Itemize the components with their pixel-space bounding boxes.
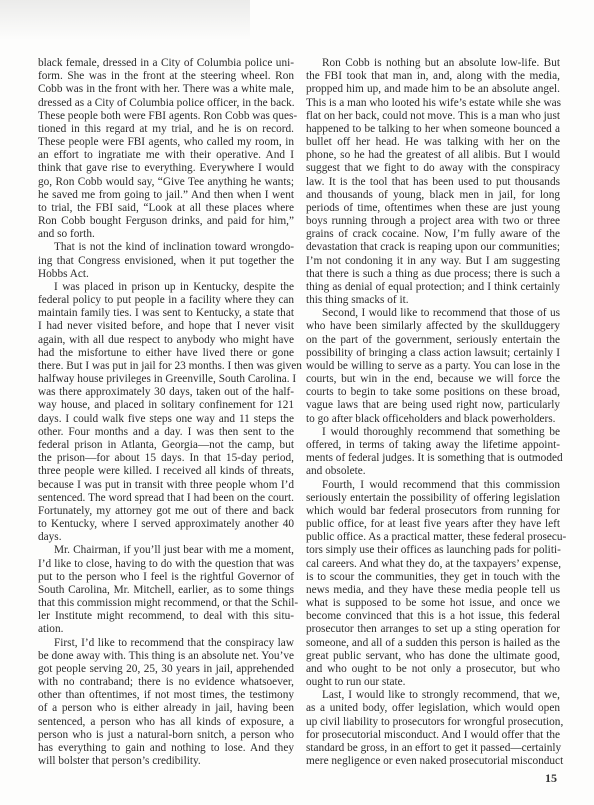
text-line: Hobbs Act. (38, 268, 294, 281)
text-line: grains of crack cocaine. Now, I’m fully … (306, 228, 560, 241)
text-line: on the part of the government, seriously… (306, 334, 560, 347)
text-line: go, Ron Cobb would say, “Give Tee anythi… (38, 176, 294, 189)
text-line: other. Four months and a day. I was then… (38, 426, 294, 439)
text-line: become convinced that this is a hot issu… (306, 610, 560, 623)
text-line: I had never visited before, and hope tha… (38, 320, 294, 333)
text-line: will bolster that person’s credibility. (38, 755, 294, 768)
text-line: periods of time, oftentimes when these a… (306, 202, 560, 215)
text-line: and who ought to be not only a prosecuto… (306, 663, 560, 676)
text-line: law. It is the tool that has been used t… (306, 176, 560, 189)
text-line: which would bar federal prosecutors from… (306, 505, 560, 518)
text-line: an effort to ingratiate me with their op… (38, 149, 294, 162)
text-line: vague laws that are being used right now… (306, 399, 560, 412)
text-line: days. I could walk five steps one way an… (38, 413, 294, 426)
text-line: as a united body, offer legislation, whi… (306, 702, 560, 715)
text-line: to Kentucky, where I served approximatel… (38, 518, 294, 531)
text-line: I’d like to close, having to do with the… (38, 558, 294, 571)
text-line: I would thoroughly recommend that someth… (306, 426, 560, 439)
text-line: to go after black officeholders and blac… (306, 413, 560, 426)
text-line: ing that Congress envisioned, when it pu… (38, 255, 294, 268)
text-line: other than oftentimes, if not most times… (38, 689, 294, 702)
text-line: with no contraband; there is no evidence… (38, 676, 294, 689)
text-line: These people were FBI agents, who called… (38, 136, 294, 149)
text-line: news media, and they have these media pe… (306, 584, 560, 597)
text-line: Fortunately, my attorney got me out of t… (38, 505, 294, 518)
text-line: courts, but win in the end, because we w… (306, 373, 560, 386)
text-line: Fourth, I would recommend that this comm… (306, 479, 560, 492)
text-line: possibility of bringing a class action l… (306, 347, 560, 360)
scan-shadow (0, 0, 250, 40)
text-line: form. She was in the front at the steeri… (38, 70, 294, 83)
text-line: way house, and placed in solitary confin… (38, 399, 294, 412)
text-line: ought to run our state. (306, 676, 560, 689)
text-line: for prosecutorial misconduct. And I woul… (306, 729, 560, 742)
text-column-right: Ron Cobb is nothing but an absolute low-… (306, 57, 560, 768)
text-line: up civil liability to prosecutors for wr… (306, 716, 560, 729)
text-line: prosecutor then arranges to set up a sti… (306, 623, 560, 636)
text-line: tors simply use their offices as launchi… (306, 544, 560, 557)
text-line: South Carolina, Mr. Mitchell, earlier, a… (38, 584, 294, 597)
text-line: Ron Cobb bought Ferguson drinks, and pai… (38, 215, 294, 228)
text-line: great public servant, who has done the u… (306, 650, 560, 663)
text-line: be done away with. This thing is an abso… (38, 650, 294, 663)
text-line: three people were killed. I received all… (38, 465, 294, 478)
text-line: federal prison in Atlanta, Georgia—not t… (38, 439, 294, 452)
text-line: cal careers. And what they do, at the ta… (306, 558, 560, 571)
page-number: 15 (545, 771, 557, 786)
text-line: to trial, the FBI said, “Look at all the… (38, 202, 294, 215)
text-line: was there approximately 30 days, taken o… (38, 386, 294, 399)
text-line: flat on her back, could not move. This i… (306, 110, 560, 123)
text-line: tioned in this regard at my trial, and h… (38, 123, 294, 136)
text-line: I was placed in prison up in Kentucky, d… (38, 281, 294, 294)
text-line: because I was put in transit with three … (38, 479, 294, 492)
text-line: what is supposed to be some hot issue, a… (306, 597, 560, 610)
text-line: suggest that we fight to do away with th… (306, 162, 560, 175)
text-line: standard be gross, in an effort to get i… (306, 742, 560, 755)
text-line: thing as denial of equal protection; and… (306, 281, 560, 294)
text-line: First, I’d like to recommend that the co… (38, 637, 294, 650)
text-line: Cobb was in the front with her. There wa… (38, 83, 294, 96)
text-line: and obsolete. (306, 465, 560, 478)
text-line: seriously entertain the possibility of o… (306, 492, 560, 505)
text-line: boys running through a project area with… (306, 215, 560, 228)
text-line: this thing smacks of it. (306, 294, 560, 307)
text-line: that there is such a thing as due proces… (306, 268, 560, 281)
text-line: Ron Cobb is nothing but an absolute low-… (306, 57, 560, 70)
text-line: halfway house privileges in Greenville, … (38, 373, 294, 386)
text-line: of a person who is either already in jai… (38, 702, 294, 715)
text-line: ments of federal judges. It is something… (306, 452, 560, 465)
text-column-left: black female, dressed in a City of Colum… (38, 57, 294, 768)
text-line: someone, and all of a sudden this person… (306, 637, 560, 650)
text-line: would be willing to serve as a party. Yo… (306, 360, 560, 373)
text-line: again, with all due respect to anybody w… (38, 334, 294, 347)
text-line: bullet off her head. He was talking with… (306, 136, 560, 149)
text-line: got people serving 20, 25, 30 years in j… (38, 663, 294, 676)
text-line: days. (38, 531, 294, 544)
text-line: person who is just a natural-born snitch… (38, 729, 294, 742)
text-line: offered, in terms of taking away the lif… (306, 439, 560, 452)
text-line: black female, dressed in a City of Colum… (38, 57, 294, 70)
text-line: public office. As a practical matter, th… (306, 531, 560, 544)
text-line: public office, for at least five years a… (306, 518, 560, 531)
text-line: that this commission might recommend, or… (38, 597, 294, 610)
text-line: Second, I would like to recommend that t… (306, 307, 560, 320)
text-line: sentenced, a person who has all kinds of… (38, 716, 294, 729)
text-line: ation. (38, 623, 294, 636)
text-line: has everything to gain and nothing to lo… (38, 742, 294, 755)
text-line: had the misfortune to either have lived … (38, 347, 294, 360)
text-line: phone, so he had the greatest of all ali… (306, 149, 560, 162)
text-line: is to scour the communities, they get in… (306, 571, 560, 584)
text-line: federal policy to put people in a facili… (38, 294, 294, 307)
text-line: ler Institute might recommend, to deal w… (38, 610, 294, 623)
text-line: This is a man who looted his wife’s esta… (306, 97, 560, 110)
text-line: there. But I was put in jail for 23 mont… (38, 360, 294, 373)
text-line: propped him up, and made him to be an ab… (306, 83, 560, 96)
text-line: I’m not condoning it in any way. But I a… (306, 255, 560, 268)
text-line: happened to be talking to her when someo… (306, 123, 560, 136)
text-line: Mr. Chairman, if you’ll just bear with m… (38, 544, 294, 557)
text-line: devastation that crack is reaping upon o… (306, 241, 560, 254)
text-line: maintain family ties. I was sent to Kent… (38, 307, 294, 320)
text-line: he saved me from going to jail.” And the… (38, 189, 294, 202)
text-line: put to the person who I feel is the righ… (38, 571, 294, 584)
text-line: the prison—for about 15 days. In that 15… (38, 452, 294, 465)
text-line: sentenced. The word spread that I had be… (38, 492, 294, 505)
text-line: and thousands of young, black men in jai… (306, 189, 560, 202)
text-line: Last, I would like to strongly recommend… (306, 689, 560, 702)
text-line: and so forth. (38, 228, 294, 241)
text-line: courts to begin to take some positions o… (306, 386, 560, 399)
text-line: dressed as a City of Columbia police off… (38, 97, 294, 110)
text-line: who have been similarly affected by the … (306, 320, 560, 333)
text-line: These people both were FBI agents. Ron C… (38, 110, 294, 123)
text-line: That is not the kind of inclination towa… (38, 241, 294, 254)
text-line: think that gave rise to everything. Ever… (38, 162, 294, 175)
text-line: mere negligence or even naked prosecutor… (306, 755, 560, 768)
text-line: the FBI took that man in, and, along wit… (306, 70, 560, 83)
